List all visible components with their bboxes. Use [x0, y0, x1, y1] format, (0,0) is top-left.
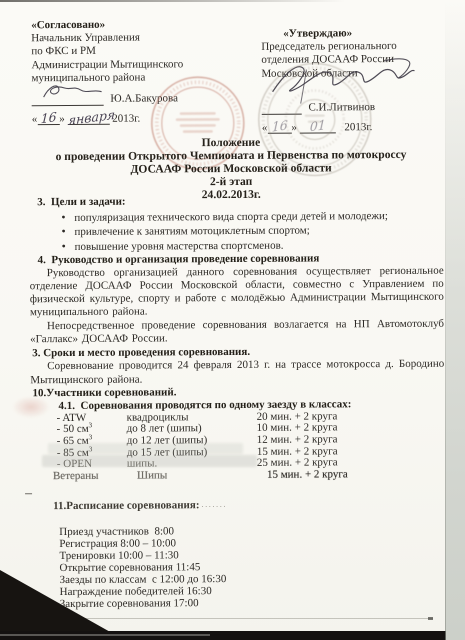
- approval-block-right: «Утверждаю» Председатель регионального о…: [261, 27, 457, 135]
- goals-bullet-list: •популяризация технического вида спорта …: [29, 209, 443, 254]
- approver-name-right: С.И.Литвинов: [304, 101, 375, 113]
- scan-dots-artifact: ·······: [201, 505, 246, 509]
- bullet-dot: •: [61, 239, 65, 253]
- document-content: «Согласовано» Начальник Управления по ФК…: [0, 0, 465, 640]
- bullet-text: популяризация технического вида спорта с…: [74, 210, 388, 224]
- bullet-text: привлечение к занятиям мотоциклетным спо…: [74, 225, 309, 238]
- management-paragraph-2: Непосредственное проведение соревнования…: [30, 318, 444, 347]
- approval-right-line: Председатель регионального: [261, 40, 456, 54]
- approval-left-line: Администрации Мытищинского: [31, 58, 236, 72]
- scanned-document-page: «Согласовано» Начальник Управления по ФК…: [0, 0, 465, 640]
- bullet-text: повышение уровня мастерства спортсменов.: [75, 239, 284, 252]
- scanner-bottom-highlight: [0, 634, 210, 636]
- schedule-item: Закрытие соревнования 17:00: [32, 596, 446, 611]
- date-row-right: «16» 01 2013г.: [262, 118, 457, 134]
- scanner-background-right: [446, 0, 465, 640]
- year-left: 2013г.: [112, 113, 140, 125]
- bullet-dot: •: [61, 210, 65, 224]
- class-row: Ветераны Шипы 15 мин. + 2 круга: [31, 469, 445, 483]
- approval-right-label: «Утверждаю»: [261, 27, 456, 41]
- class-sup: 3: [89, 433, 93, 441]
- section-heading-goals: 3. Цели и задачи:: [29, 194, 443, 210]
- year-right: 2013г.: [338, 121, 372, 133]
- approval-left-label: «Согласовано»: [31, 18, 236, 32]
- class-sup: 3: [89, 422, 93, 430]
- handwritten-day-right: 16: [267, 119, 291, 133]
- close-quote: »: [291, 121, 297, 133]
- handwritten-day-left: 16: [37, 111, 59, 125]
- class-name: Ветераны: [31, 471, 123, 483]
- management-paragraph-1: Руководство организацией данного соревно…: [30, 265, 444, 320]
- approver-name-left: Ю.А.Бакурова: [106, 92, 178, 104]
- close-quote: »: [59, 113, 65, 125]
- class-sup: 3: [89, 445, 93, 453]
- document-title-block: Положение о проведении Открытого Чемпион…: [11, 136, 451, 203]
- venue-paragraph: Соревнование проводится 24 февраля 2013 …: [30, 358, 444, 387]
- bullet-item: •повышение уровня мастерства спортсменов…: [30, 237, 444, 254]
- page-fold-tick: [428, 617, 433, 620]
- handwritten-month-left: января: [67, 111, 109, 125]
- pen-dash-mark: [25, 493, 32, 494]
- handwritten-month-right: 01: [300, 119, 336, 133]
- signature-row-right: С.И.Литвинов: [262, 100, 457, 116]
- document-body: 3. Цели и задачи: •популяризация техниче…: [29, 194, 446, 610]
- date-row-left: «16» января 2013г.: [32, 110, 237, 126]
- approval-right-line: Московской области: [261, 66, 456, 80]
- approval-left-line: по ФКС и РМ: [31, 44, 236, 58]
- class-table: - ATW квадроциклы 20 мин. + 2 круга - 50…: [31, 410, 445, 483]
- schedule-list: Приезд участников 8:00 Регистрация 8:00 …: [31, 524, 446, 611]
- approval-block-left: «Согласовано» Начальник Управления по ФК…: [31, 18, 237, 126]
- class-desc: Шипы: [123, 470, 267, 483]
- approval-left-line: муниципального района: [31, 71, 236, 85]
- approval-left-line: Начальник Управления: [31, 31, 236, 45]
- scanner-background-bottom: [0, 631, 465, 640]
- scan-top-edge: [0, 0, 345, 2]
- signature-row-left: Ю.А.Бакурова: [32, 92, 237, 108]
- approval-right-line: отделения ДОСААФ России: [261, 53, 456, 67]
- class-time: 15 мин. + 2 круга: [267, 469, 348, 481]
- bullet-dot: •: [61, 224, 65, 238]
- signature-line-left: [32, 94, 104, 106]
- signature-line-right: [262, 103, 302, 115]
